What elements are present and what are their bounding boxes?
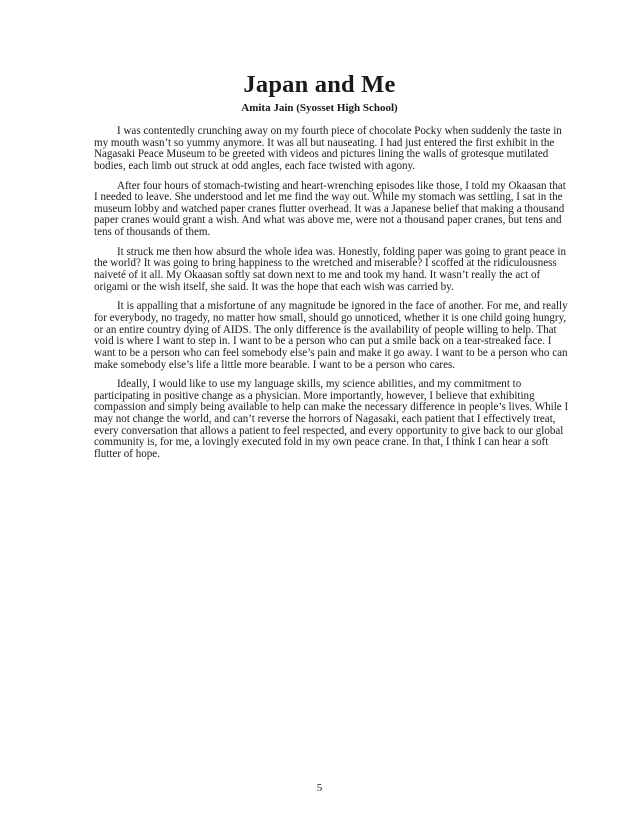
text-line: want to be a person who can feel somebod… [94,348,564,360]
document-page: Japan and Me Amita Jain (Syosset High Sc… [0,0,639,828]
text-line: origami or the wish itself, she said. It… [94,282,564,294]
text-line: naiveté of it all. My Okaasan softly sat… [94,270,564,282]
essay-body: I was contentedly crunching away on my f… [94,126,564,469]
text-line: flutter of hope. [94,449,564,461]
paragraph-1: I was contentedly crunching away on my f… [94,126,564,173]
text-line: bodies, each limb out struck at odd angl… [94,161,564,173]
paragraph-3: It struck me then how absurd the whole i… [94,247,564,294]
page-number: 5 [0,782,639,794]
text-line: may not change the world, and can’t reve… [94,414,564,426]
text-line: community is, for me, a lovingly execute… [94,437,564,449]
text-line: for everybody, no tragedy, no matter how… [94,313,564,325]
page-title: Japan and Me [0,71,639,99]
paragraph-4: It is appalling that a misfortune of any… [94,301,564,371]
paragraph-2: After four hours of stomach-twisting and… [94,181,564,239]
text-line: make somebody else’s life a little more … [94,360,564,372]
text-line: I was contentedly crunching away on my f… [94,126,564,138]
author-byline: Amita Jain (Syosset High School) [0,101,639,115]
paragraph-5: Ideally, I would like to use my language… [94,379,564,460]
text-line: tens of thousands of them. [94,227,564,239]
